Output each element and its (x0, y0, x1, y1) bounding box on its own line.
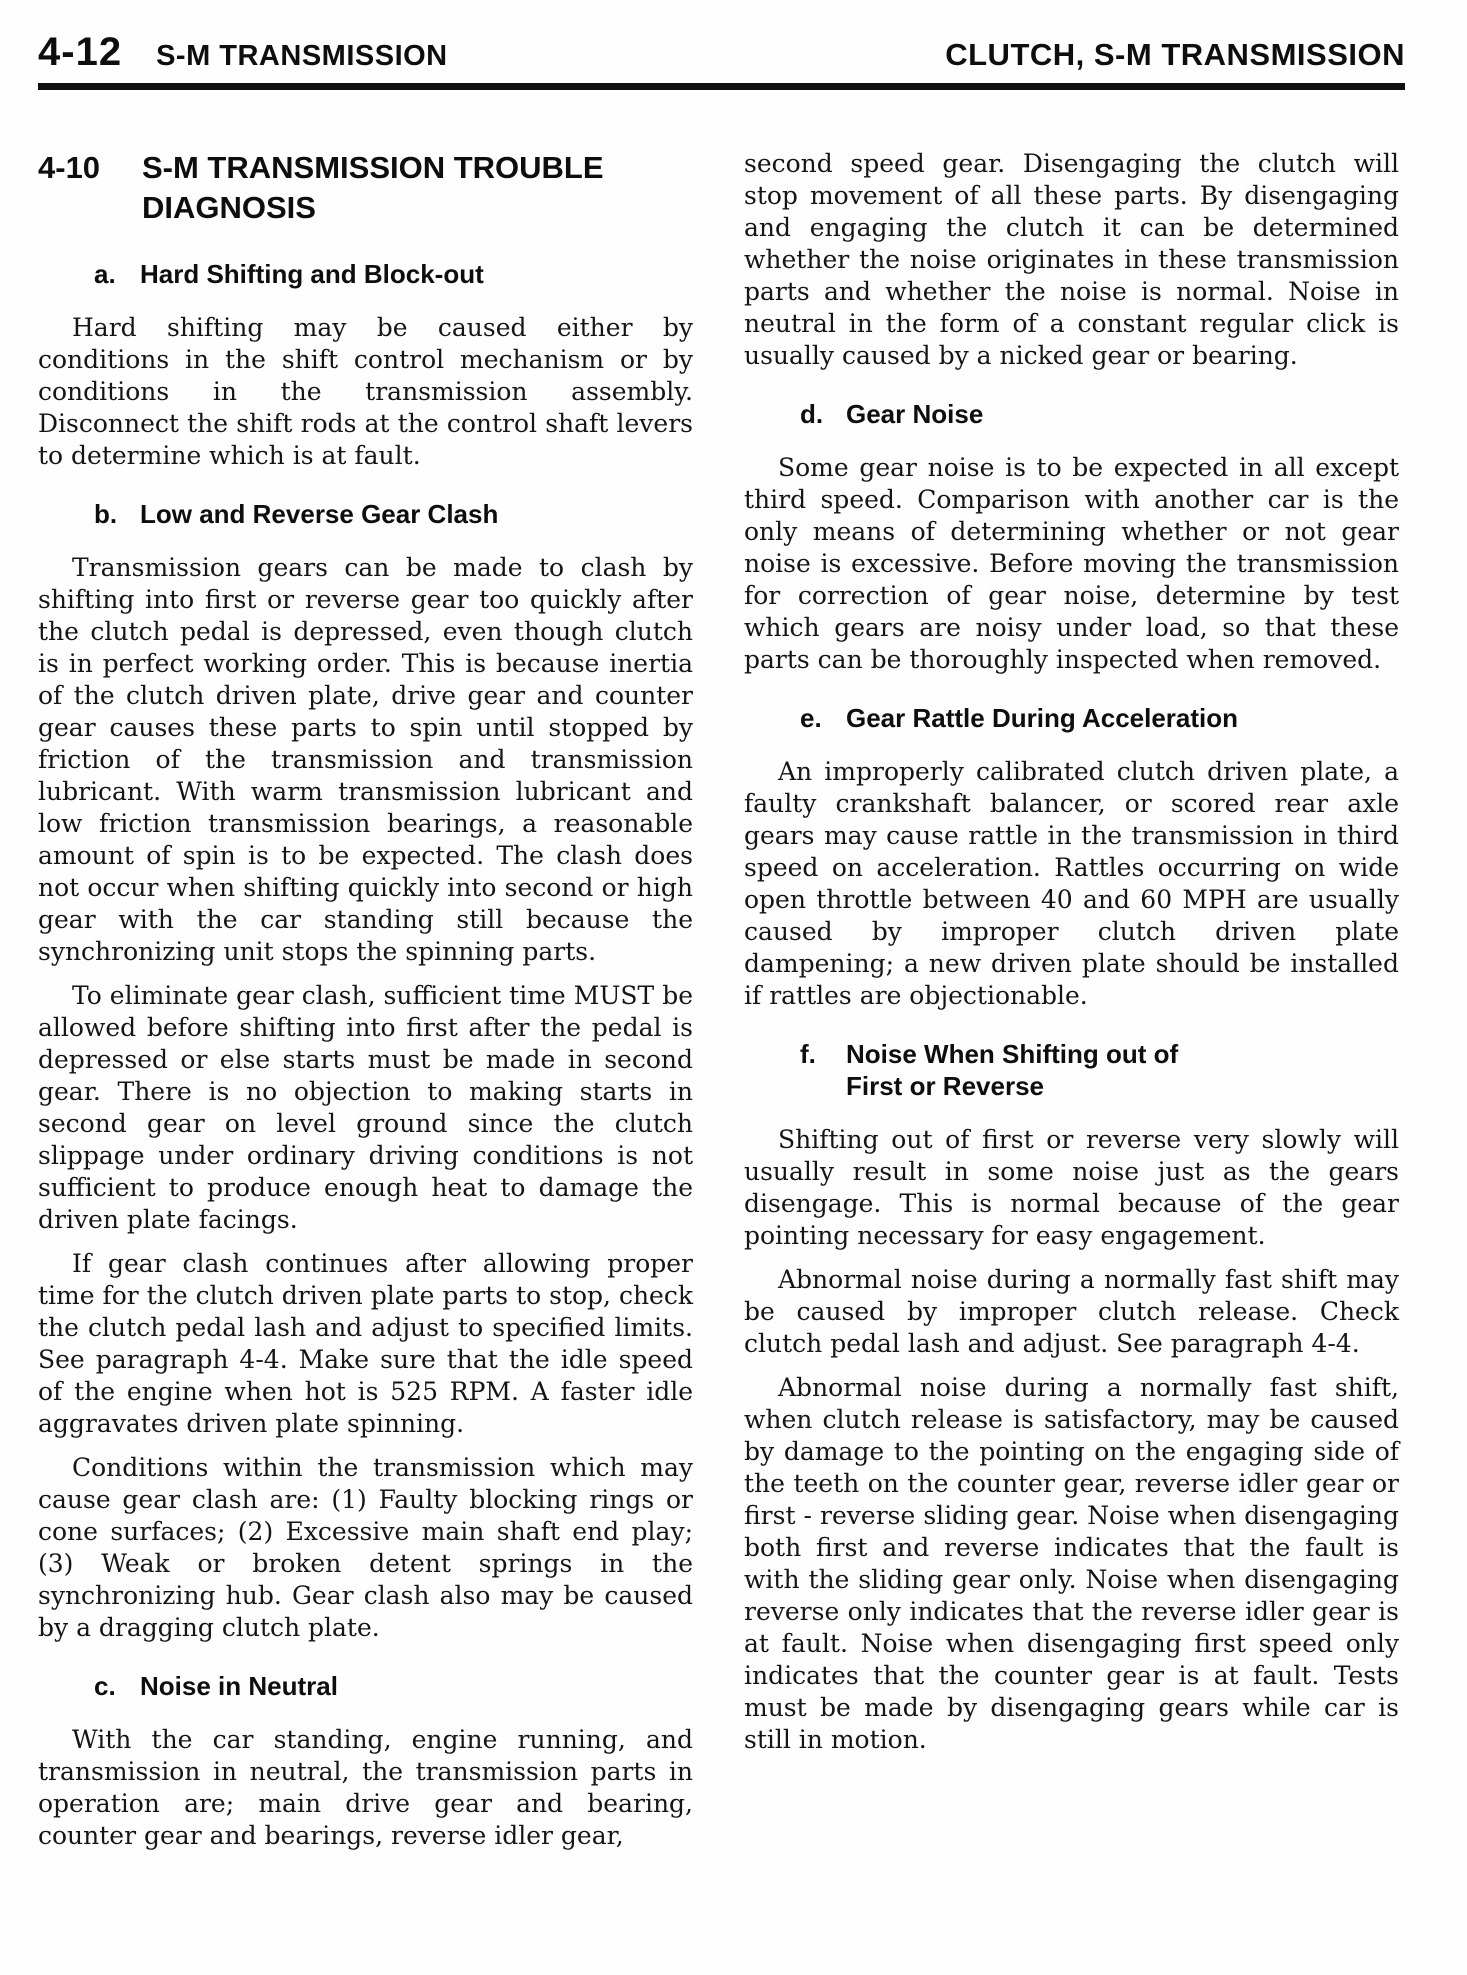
paragraph-shift-noise-2: Abnormal noise during a normally fast sh… (744, 1264, 1399, 1360)
subheading-e: e. Gear Rattle During Acceleration (744, 702, 1399, 734)
section-number: 4-10 (38, 148, 142, 228)
page-number: 4-12 (38, 30, 122, 75)
paragraph-noise-neutral-1: With the car standing, engine running, a… (38, 1724, 693, 1852)
column-right: second speed gear. Disengaging the clutc… (744, 148, 1399, 1864)
subheading-title: Noise When Shifting out of First or Reve… (846, 1038, 1178, 1102)
subheading-b: b. Low and Reverse Gear Clash (38, 498, 693, 530)
section-title-line1: S-M TRANSMISSION TROUBLE (142, 148, 604, 188)
subheading-a: a. Hard Shifting and Block-out (38, 258, 693, 290)
subheading-title-text: Noise in Neutral (140, 1670, 338, 1702)
subheading-d: d. Gear Noise (744, 398, 1399, 430)
subheading-title: Gear Rattle During Acceleration (846, 702, 1238, 734)
subheading-letter: a. (94, 258, 140, 290)
page-header-left: 4-12 S-M TRANSMISSION (38, 30, 448, 75)
subheading-title-text: Hard Shifting and Block-out (140, 258, 484, 290)
paragraph-gear-noise: Some gear noise is to be expected in all… (744, 452, 1399, 676)
subheading-title-text: Gear Noise (846, 398, 983, 430)
paragraph-shift-noise-1: Shifting out of first or reverse very sl… (744, 1124, 1399, 1252)
header-rule (38, 83, 1405, 90)
subheading-title: Gear Noise (846, 398, 983, 430)
subheading-title-text: Low and Reverse Gear Clash (140, 498, 498, 530)
section-title: S-M TRANSMISSION TROUBLE DIAGNOSIS (142, 148, 604, 228)
subheading-f: f. Noise When Shifting out of First or R… (744, 1038, 1399, 1102)
page-header: 4-12 S-M TRANSMISSION CLUTCH, S-M TRANSM… (38, 30, 1405, 75)
paragraph-gear-clash-2: To eliminate gear clash, sufficient time… (38, 980, 693, 1236)
header-title-left: S-M TRANSMISSION (156, 40, 448, 73)
subheading-title: Noise in Neutral (140, 1670, 338, 1702)
subheading-letter: d. (800, 398, 846, 430)
subheading-title-line1: Noise When Shifting out of (846, 1038, 1178, 1070)
paragraph-gear-clash-4: Conditions within the transmission which… (38, 1452, 693, 1644)
subheading-letter: c. (94, 1670, 140, 1702)
header-title-right: CLUTCH, S-M TRANSMISSION (945, 37, 1405, 73)
paragraph-hard-shifting: Hard shifting may be caused either by co… (38, 312, 693, 472)
section-heading-4-10: 4-10 S-M TRANSMISSION TROUBLE DIAGNOSIS (38, 148, 693, 228)
paragraph-gear-rattle: An improperly calibrated clutch driven p… (744, 756, 1399, 1012)
subheading-title-text: Gear Rattle During Acceleration (846, 702, 1238, 734)
subheading-title: Hard Shifting and Block-out (140, 258, 484, 290)
two-column-body: 4-10 S-M TRANSMISSION TROUBLE DIAGNOSIS … (38, 148, 1405, 1864)
subheading-letter: f. (800, 1038, 846, 1102)
paragraph-shift-noise-3: Abnormal noise during a normally fast sh… (744, 1372, 1399, 1756)
paragraph-gear-clash-3: If gear clash continues after allowing p… (38, 1248, 693, 1440)
paragraph-gear-clash-1: Transmission gears can be made to clash … (38, 552, 693, 968)
subheading-letter: e. (800, 702, 846, 734)
paragraph-noise-neutral-2: second speed gear. Disengaging the clutc… (744, 148, 1399, 372)
subheading-c: c. Noise in Neutral (38, 1670, 693, 1702)
manual-page: 4-12 S-M TRANSMISSION CLUTCH, S-M TRANSM… (0, 0, 1467, 1975)
subheading-letter: b. (94, 498, 140, 530)
subheading-title: Low and Reverse Gear Clash (140, 498, 498, 530)
section-title-line2: DIAGNOSIS (142, 188, 604, 228)
column-left: 4-10 S-M TRANSMISSION TROUBLE DIAGNOSIS … (38, 148, 693, 1864)
subheading-title-line2: First or Reverse (846, 1070, 1178, 1102)
